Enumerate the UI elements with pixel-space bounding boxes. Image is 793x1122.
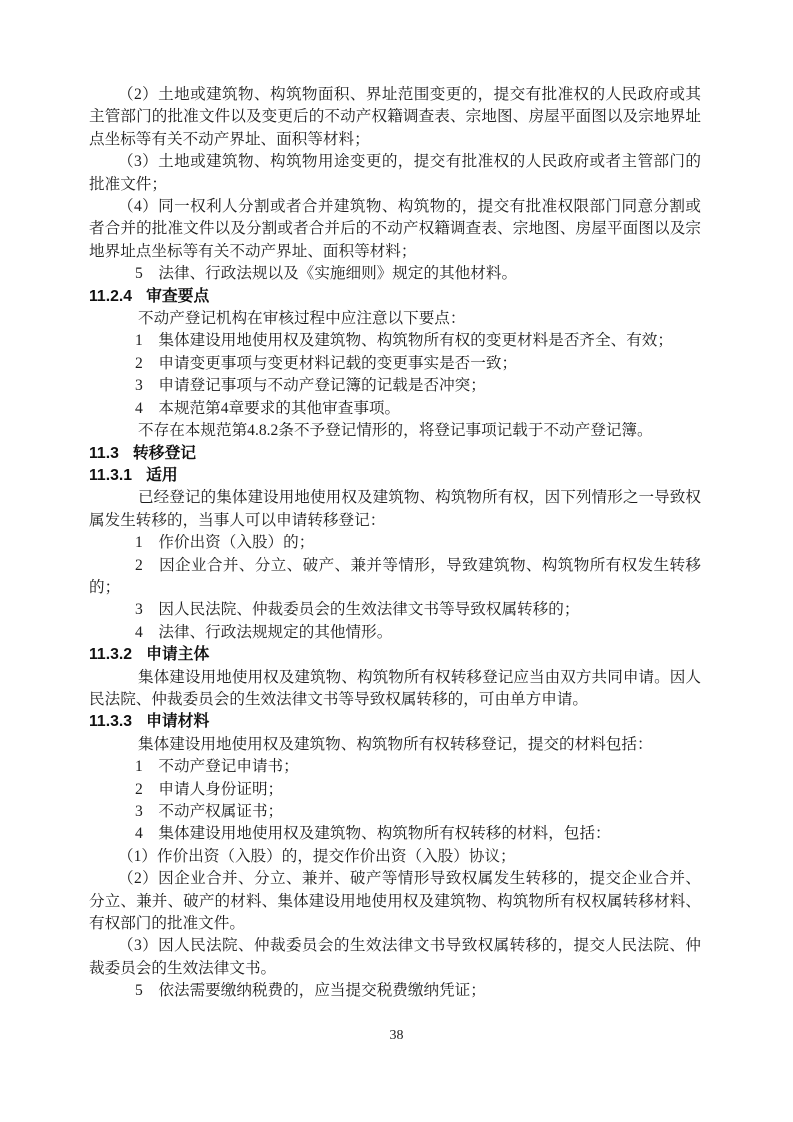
heading-number: 11.3.1 xyxy=(89,467,132,484)
heading-title: 转移登记 xyxy=(133,445,196,462)
list-item-2: 2 申请人身份证明； xyxy=(89,779,701,801)
heading-title: 申请材料 xyxy=(146,713,209,730)
paragraph-item-3: （3）土地或建筑物、构筑物用途变更的，提交有批准权的人民政府或者主管部门的批准文… xyxy=(89,151,701,196)
paragraph-item-1: （1）作价出资（入股）的，提交作价出资（入股）协议； xyxy=(89,846,701,868)
section-heading-11-3: 11.3转移登记 xyxy=(89,443,701,465)
document-page: （2）土地或建筑物、构筑物面积、界址范围变更的，提交有批准权的人民政府或其主管部… xyxy=(0,0,793,1122)
subsection-heading-11-3-1: 11.3.1适用 xyxy=(89,465,701,487)
heading-title: 审查要点 xyxy=(146,288,209,305)
document-content: （2）土地或建筑物、构筑物面积、界址范围变更的，提交有批准权的人民政府或其主管部… xyxy=(89,84,701,1003)
paragraph: 集体建设用地使用权及建筑物、构筑物所有权转移登记，提交的材料包括： xyxy=(89,734,701,756)
paragraph: 不动产登记机构在审核过程中应注意以下要点： xyxy=(89,308,701,330)
list-item-1: 1 不动产登记申请书； xyxy=(89,756,701,778)
heading-title: 适用 xyxy=(146,467,178,484)
list-item-5: 5 法律、行政法规以及《实施细则》规定的其他材料。 xyxy=(89,263,701,285)
paragraph-item-2: （2）土地或建筑物、构筑物面积、界址范围变更的，提交有批准权的人民政府或其主管部… xyxy=(89,84,701,151)
list-item-3: 3 不动产权属证书； xyxy=(89,801,701,823)
subsection-heading-11-3-2: 11.3.2申请主体 xyxy=(89,644,701,666)
heading-title: 申请主体 xyxy=(146,646,209,663)
list-item-4: 4 集体建设用地使用权及建筑物、构筑物所有权转移的材料，包括： xyxy=(89,823,701,845)
paragraph: 集体建设用地使用权及建筑物、构筑物所有权转移登记应当由双方共同申请。因人民法院、… xyxy=(89,667,701,712)
paragraph-item-2: （2）因企业合并、分立、兼并、破产等情形导致权属发生转移的，提交企业合并、分立、… xyxy=(89,868,701,935)
subsection-heading-11-2-4: 11.2.4审查要点 xyxy=(89,286,701,308)
list-item-1: 1 作价出资（入股）的； xyxy=(89,532,701,554)
heading-number: 11.3.2 xyxy=(89,646,132,663)
heading-number: 11.2.4 xyxy=(89,288,132,305)
page-number: 38 xyxy=(0,1027,793,1045)
list-item-2: 2 申请变更事项与变更材料记载的变更事实是否一致； xyxy=(89,353,701,375)
paragraph: 不存在本规范第4.8.2条不予登记情形的，将登记事项记载于不动产登记簿。 xyxy=(89,420,701,442)
list-item-4: 4 法律、行政法规规定的其他情形。 xyxy=(89,622,701,644)
heading-number: 11.3 xyxy=(89,445,119,462)
list-item-1: 1 集体建设用地使用权及建筑物、构筑物所有权的变更材料是否齐全、有效； xyxy=(89,330,701,352)
heading-number: 11.3.3 xyxy=(89,713,132,730)
list-item-4: 4 本规范第4章要求的其他审查事项。 xyxy=(89,398,701,420)
list-item-3: 3 申请登记事项与不动产登记簿的记载是否冲突； xyxy=(89,375,701,397)
subsection-heading-11-3-3: 11.3.3申请材料 xyxy=(89,711,701,733)
list-item-5: 5 依法需要缴纳税费的，应当提交税费缴纳凭证； xyxy=(89,980,701,1002)
list-item-3: 3 因人民法院、仲裁委员会的生效法律文书等导致权属转移的； xyxy=(89,599,701,621)
paragraph-item-4: （4）同一权利人分割或者合并建筑物、构筑物的，提交有批准权限部门同意分割或者合并… xyxy=(89,196,701,263)
list-item-2: 2 因企业合并、分立、破产、兼并等情形，导致建筑物、构筑物所有权发生转移的； xyxy=(89,555,701,600)
paragraph-item-3: （3）因人民法院、仲裁委员会的生效法律文书导致权属转移的，提交人民法院、仲裁委员… xyxy=(89,935,701,980)
paragraph: 已经登记的集体建设用地使用权及建筑物、构筑物所有权，因下列情形之一导致权属发生转… xyxy=(89,487,701,532)
